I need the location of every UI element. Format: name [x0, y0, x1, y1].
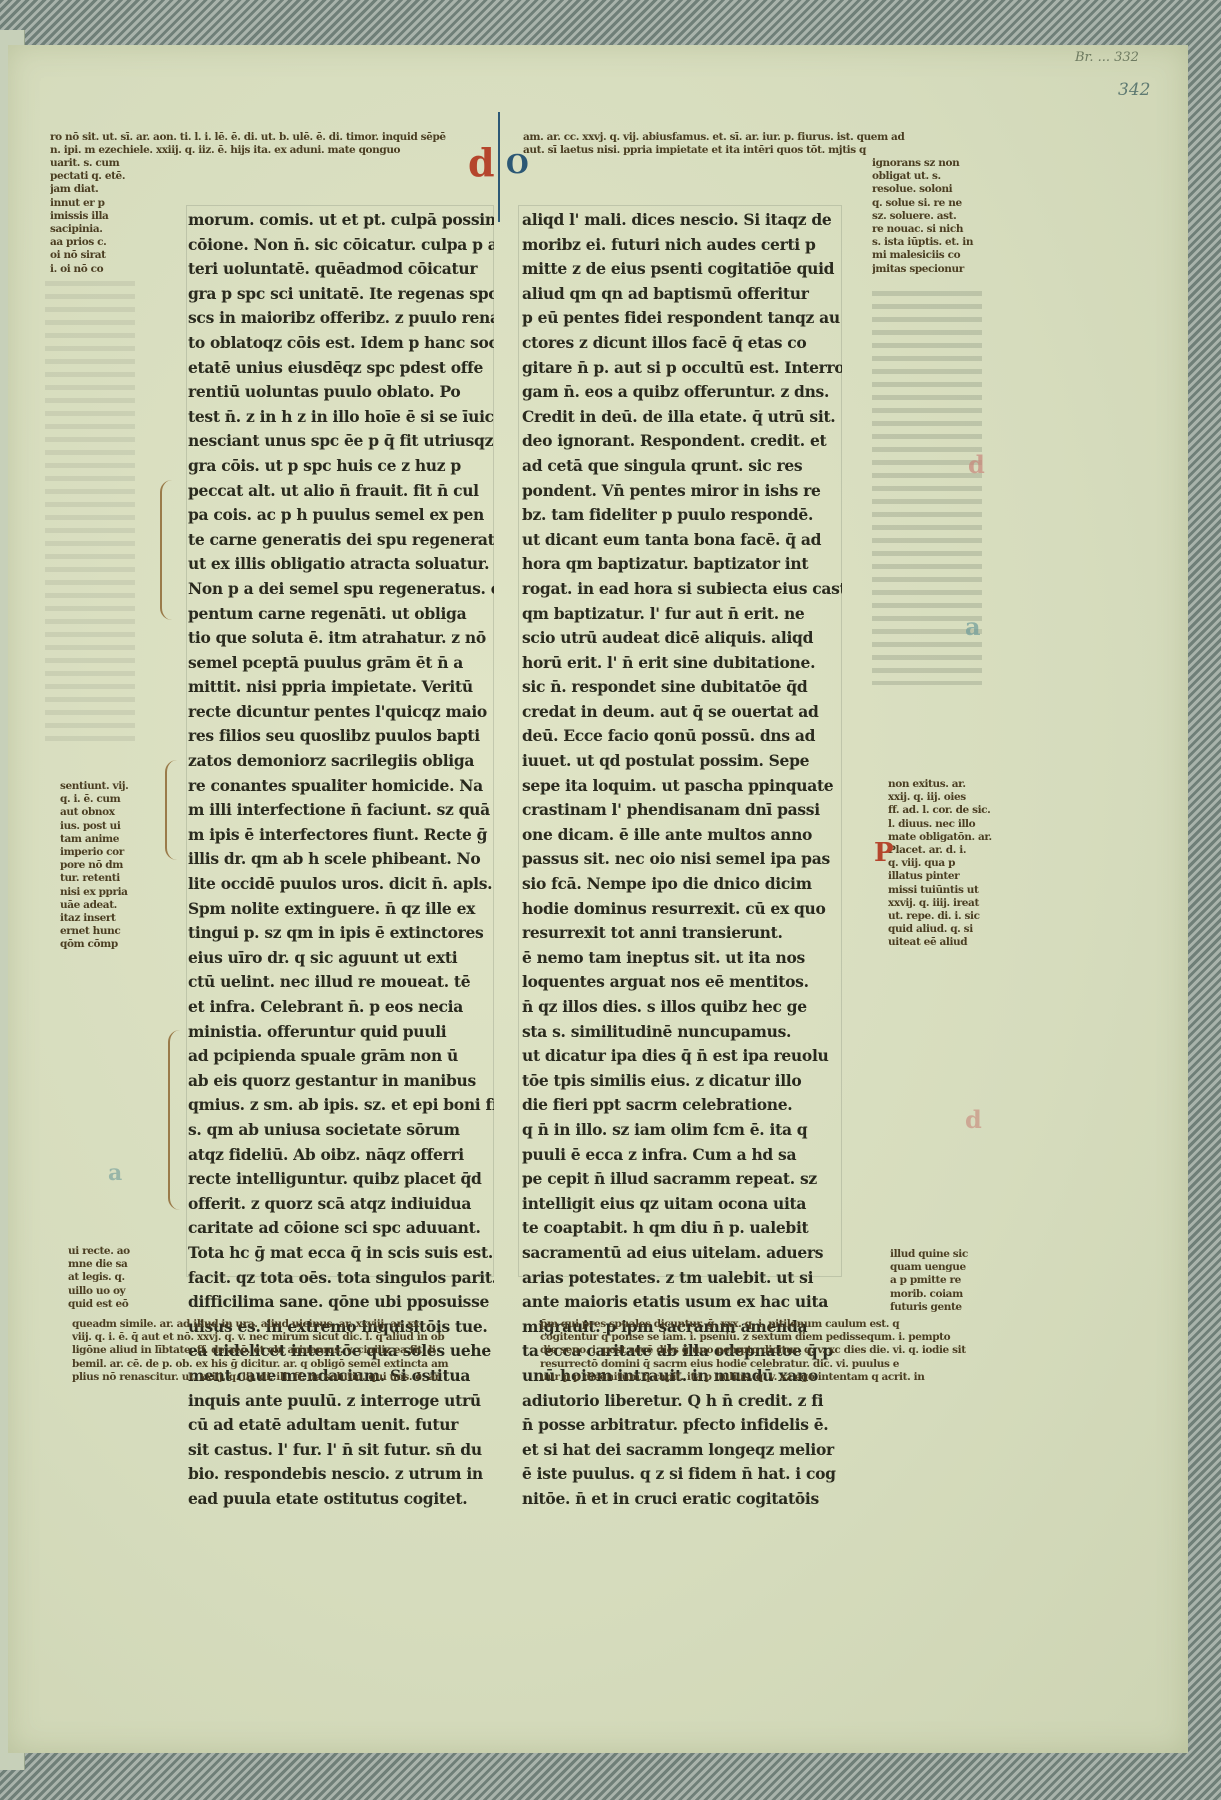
text-line: teri uoluntatē. quēadmod cōicatur [188, 257, 494, 282]
gloss-line: aut. sī laetus nisi. ppria impietate et … [523, 144, 983, 157]
gloss-line: obligat ut. s. [872, 170, 987, 183]
text-line: to oblatoqz cōis est. Idem p hanc soci [188, 331, 494, 356]
text-line: atqz fideliū. Ab oibz. nāqz offerri [188, 1143, 494, 1168]
text-line: ut dicant eum tanta bona facē. q̄ ad [522, 528, 842, 553]
text-column-b: aliqd l' mali. dices nescio. Si itaqz de… [522, 208, 842, 1511]
text-line: pondent. Vn̄ pentes miror in ishs re [522, 479, 842, 504]
text-line: tio que soluta ē. itm atrahatur. z nō [188, 626, 494, 651]
text-line: aliqd l' mali. dices nescio. Si itaqz de [522, 208, 842, 233]
text-line: sepe ita loquim. ut pascha ppinquate [522, 774, 842, 799]
text-line: credat in deum. aut q̄ se ouertat ad [522, 700, 842, 725]
gloss-line: am. ar. cc. xxvj. q. vij. abiusfamus. et… [523, 131, 983, 144]
text-line: rentiū uoluntas puulo oblato. Po [188, 380, 494, 405]
text-line: ab eis quorz gestantur in manibus [188, 1069, 494, 1094]
text-line: aliud qm qn ad baptismū offeritur [522, 282, 842, 307]
gloss-line: a p pmitte re [890, 1274, 990, 1287]
text-line: m ipis ē interfectores fiunt. Recte ḡ [188, 823, 494, 848]
text-line: adiutorio liberetur. Q h n̄ credit. z fi [522, 1389, 842, 1414]
gloss-line: illatus pinter [888, 870, 998, 883]
folio-number: 342 [1118, 80, 1150, 100]
text-line: recte intelliguntur. quibz placet q̄d [188, 1167, 494, 1192]
gloss-line: mi malesiciis co [872, 249, 987, 262]
gloss-line: uāe adeat. [60, 899, 140, 912]
text-line: ctū uelint. nec illud re moueat. tē [188, 970, 494, 995]
gloss-line: ff. ad. l. cor. de sic. [888, 804, 998, 817]
text-line: gam n̄. eos a quibz offeruntur. z dns. [522, 380, 842, 405]
text-line: res filios seu quoslibz puulos bapti [188, 724, 494, 749]
text-line: qmius. z sm. ab ipis. sz. et epi boni fi… [188, 1093, 494, 1118]
gloss-line: xxvij. q. iiij. ireat [888, 897, 998, 910]
faint-blue-initial: a [108, 1160, 122, 1186]
text-line: p eū pentes fidei respondent tanqz au [522, 306, 842, 331]
gloss-line: quid est eō [68, 1298, 148, 1311]
text-line: facit. qz tota oēs. tota singulos parit. [188, 1266, 494, 1291]
left-gloss-middle: sentiunt. vij. q. i. ē. cum aut obnox iu… [60, 780, 140, 952]
gloss-line: quid aliud. q. si [888, 923, 998, 936]
text-line: cū ad etatē adultam uenit. futur [188, 1413, 494, 1438]
gloss-line: morib. coiam [890, 1288, 990, 1301]
text-line: q n̄ in illo. sz iam olim fcm ē. ita q [522, 1118, 842, 1143]
text-line: lite occidē puulos uros. dicit n̄. apls. [188, 872, 494, 897]
text-line: ctores z dicunt illos facē q̄ etas co [522, 331, 842, 356]
gloss-line: mne die sa [68, 1258, 148, 1271]
text-line: sio fcā. Nempe ipo die dnico dicim [522, 872, 842, 897]
text-line: Non p a dei semel spu regeneratus. ex [188, 577, 494, 602]
gloss-line: tam anime [60, 833, 140, 846]
gloss-line: q. i. ē. cum [60, 793, 140, 806]
text-line: ad pcipienda spuale grām non ū [188, 1044, 494, 1069]
text-line: one dicam. ē ille ante multos anno [522, 823, 842, 848]
text-line: illis dr. qm ab h scele phibeant. No [188, 847, 494, 872]
gloss-line: re nouac. si nich [872, 223, 987, 236]
pen-flourish-ornament [165, 760, 193, 860]
top-gloss-right: am. ar. cc. xxvj. q. vij. abiusfamus. et… [523, 131, 983, 157]
text-line: die fieri ppt sacrm celebratione. [522, 1093, 842, 1118]
text-line: m illi interfectione n̄ faciunt. sz quā [188, 798, 494, 823]
gloss-line: xxij. q. iij. oies [888, 791, 998, 804]
gloss-line: pore nō dm [60, 859, 140, 872]
text-line: test n̄. z in h z in illo hoīe ē si se ī… [188, 405, 494, 430]
top-gloss-left: ro nō sit. ut. sī. ar. aon. ti. l. i. lē… [50, 131, 470, 157]
text-line: te carne generatis dei spu regenerati. [188, 528, 494, 553]
text-line: et si hat dei sacramm longeqz melior [522, 1438, 842, 1463]
text-line: crastinam l' phendisanam dnī passi [522, 798, 842, 823]
text-line: arias potestates. z tm ualebit. ut si [522, 1266, 842, 1291]
text-line: deo ignorant. Respondent. credit. et [522, 429, 842, 454]
gloss-line: l. diuus. nec illo [888, 818, 998, 831]
gloss-line: pectati q. etē. [50, 170, 140, 183]
text-line: pe cepit n̄ illud sacramm repeat. sz [522, 1167, 842, 1192]
text-line: rogat. in ead hora si subiecta eius cast [522, 577, 842, 602]
text-line: ead puula etate ostitutus cogitet. [188, 1487, 494, 1512]
gloss-line: q. solue si. re ne [872, 197, 987, 210]
gloss-line: ignorans sz non [872, 157, 987, 170]
show-through-text [45, 275, 135, 745]
text-line: morum. comis. ut et pt. culpā possint hē… [188, 208, 494, 233]
gloss-line: jam diat. [50, 183, 140, 196]
text-line: nitōe. n̄ et in cruci eratic cogitatōis [522, 1487, 842, 1512]
text-line: re conantes spualiter homicide. Na [188, 774, 494, 799]
right-gloss-middle: non exitus. ar. xxij. q. iij. oies ff. a… [888, 778, 998, 950]
gloss-line: tur. retenti [60, 872, 140, 885]
text-line: horū erit. l' n̄ erit sine dubitatione. [522, 651, 842, 676]
text-line: deū. Ecce facio qonū possū. dns ad [522, 724, 842, 749]
text-line: s. qm ab uniusa societate sōrum [188, 1118, 494, 1143]
text-line: sic n̄. respondet sine dubitatōe q̄d [522, 675, 842, 700]
text-line: hodie dominus resurrexit. cū ex quo [522, 897, 842, 922]
text-line: eius uīro dr. q sic aguunt ut exti [188, 946, 494, 971]
text-line: mittit. nisi ppria impietate. Veritū [188, 675, 494, 700]
text-line: pentum carne regenāti. ut obliga [188, 602, 494, 627]
gloss-line: quam uengue [890, 1261, 990, 1274]
gloss-line: bemil. ar. cē. de p. ob. ex his ḡ dicitu… [72, 1358, 492, 1371]
text-line: n̄ qz illos dies. s illos quibz hec ge [522, 995, 842, 1020]
gloss-line: imperio cor [60, 846, 140, 859]
gloss-line: uillo uo oy [68, 1285, 148, 1298]
text-line: etatē unius eiusdēqz spc pdest offe [188, 356, 494, 381]
text-line: scio utrū audeat dicē aliquis. aliqd [522, 626, 842, 651]
gloss-line: Placet. ar. d. i. [888, 844, 998, 857]
text-line: gra p spc sci unitatē. Ite regenas spc [188, 282, 494, 307]
text-line: sta s. similitudinē nuncupamus. [522, 1020, 842, 1045]
gloss-line: missi tuiūntis ut [888, 884, 998, 897]
gloss-line: p̄m qui pres spuales dicuntur. ḡ. xxx. q… [540, 1318, 990, 1331]
text-line: intelligit eius qz uitam ocona uita [522, 1192, 842, 1217]
text-line: gra cōis. ut p spc huis ce z huz p [188, 454, 494, 479]
text-line: bio. respondebis nescio. z utrum in [188, 1462, 494, 1487]
right-gloss-top: ignorans sz non obligat ut. s. resolue. … [872, 157, 987, 276]
text-line: passus sit. nec oio nisi semel ipa pas [522, 847, 842, 872]
gloss-line: resolue. soloni [872, 183, 987, 196]
text-line: puuli ē ecca z infra. Cum a hd sa [522, 1143, 842, 1168]
bottom-gloss-right: p̄m qui pres spuales dicuntur. ḡ. xxx. q… [540, 1318, 990, 1384]
text-line: et infra. Celebrant n̄. p eos necia [188, 995, 494, 1020]
gloss-line: sentiunt. vij. [60, 780, 140, 793]
text-line: iuuet. ut qd postulat possim. Sepe [522, 749, 842, 774]
text-line: hora qm baptizatur. baptizator int [522, 552, 842, 577]
text-line: te coaptabit. h qm diu n̄ p. ualebit [522, 1216, 842, 1241]
text-line: ē iste puulus. q z si fidem n̄ hat. i co… [522, 1462, 842, 1487]
gloss-line: ut. repe. di. i. sic [888, 910, 998, 923]
text-line: ante maioris etatis usum ex hac uita [522, 1290, 842, 1315]
gloss-line: ligōne aliud in lībtate. ff. de aeō. et … [72, 1344, 492, 1357]
text-line: nesciant unus spc ēe p q̄ fit utriusqz [188, 429, 494, 454]
text-line: peccat alt. ut alio n̄ frauit. fit n̄ cu… [188, 479, 494, 504]
gloss-line: innut er p [50, 197, 140, 210]
text-line: ē nemo tam ineptus sit. ut ita nos [522, 946, 842, 971]
gloss-line: q. viij. qua p [888, 857, 998, 870]
gloss-line: oi nō sirat [50, 249, 140, 262]
text-line: ut ex illis obligatio atracta soluatur. [188, 552, 494, 577]
text-line: semel pceptā puulus grām ēt n̄ a [188, 651, 494, 676]
bottom-gloss-left: queadm simile. ar. ad illud in ura. aliu… [72, 1318, 492, 1384]
gloss-line: qōm cōmp [60, 938, 140, 951]
gloss-line: illud quine sic [890, 1248, 990, 1261]
gloss-line: futuris gente [890, 1301, 990, 1314]
left-gloss-top: uarit. s. cum pectati q. etē. jam diat. … [50, 157, 140, 276]
text-line: bz. tam fideliter p puulo respondē. [522, 503, 842, 528]
text-line: tōe tpis similis eius. z dicatur illo [522, 1069, 842, 1094]
pen-flourish-ornament [160, 480, 188, 620]
gloss-line: ernet hunc [60, 925, 140, 938]
blue-initial-o: O [506, 150, 529, 180]
text-line: n̄ posse arbitratur. pfecto infidelis ē. [522, 1413, 842, 1438]
gloss-line: ius. post ui [60, 820, 140, 833]
text-line: scs in maioribz offeribz. z puulo rena [188, 306, 494, 331]
pen-flourish-ornament [168, 1030, 196, 1210]
red-initial-d: d [468, 140, 495, 185]
text-line: moribz ei. futuri nich audes certi p [522, 233, 842, 258]
gloss-line: uur p p dieēnitum q̄ capit. ita p uulius… [540, 1371, 990, 1384]
gloss-line: aa prios c. [50, 236, 140, 249]
gloss-line: resurrectō domini q̄ sacrm eius hodie ce… [540, 1358, 990, 1371]
gloss-line: sacipinia. [50, 223, 140, 236]
text-line: sacramentū ad eius uitelam. aduers [522, 1241, 842, 1266]
gloss-line: itaz insert [60, 912, 140, 925]
text-line: loquentes arguat nos eē mentitos. [522, 970, 842, 995]
text-line: inquis ante puulū. z interroge utrū [188, 1389, 494, 1414]
text-line: Spm nolite extinguere. n̄ qz ille ex [188, 897, 494, 922]
gloss-line: at legis. q. [68, 1271, 148, 1284]
text-line: resurrexit tot anni transierunt. [522, 921, 842, 946]
gloss-line: mate obligatōn. ar. [888, 831, 998, 844]
gloss-line: plius nō renascitur. ut. xxiij. q. iij. … [72, 1371, 492, 1384]
gloss-line: uarit. s. cum [50, 157, 140, 170]
text-line: mitte z de eius psenti cogitatiōe quid [522, 257, 842, 282]
text-line: offerit. z quorz scā atqz indiuidua [188, 1192, 494, 1217]
gloss-line: n. ipi. m ezechiele. xxiij. q. iiz. ē. h… [50, 144, 470, 157]
gloss-line: nisi ex ppria [60, 886, 140, 899]
text-line: recte dicuntur pentes l'quicqz maio [188, 700, 494, 725]
right-gloss-lower: illud quine sic quam uengue a p pmitte r… [890, 1248, 990, 1314]
faint-blue-initial: a [965, 612, 981, 641]
text-line: ut dicatur ipa dies q̄ n̄ est ipa reuolu [522, 1044, 842, 1069]
gloss-line: ui recte. ao [68, 1245, 148, 1258]
gloss-line: non exitus. ar. [888, 778, 998, 791]
red-initial-p: P [874, 838, 894, 868]
text-line: cōione. Non n̄. sic cōicatur. culpa p al [188, 233, 494, 258]
gloss-line: imissis illa [50, 210, 140, 223]
text-line: tingui p. sz qm in ipis ē extinctores [188, 921, 494, 946]
initial-pen-flourish [498, 112, 500, 222]
shelfmark-pencil-note: Br. ... 332 [1075, 50, 1139, 65]
text-line: difficilima sane. qōne ubi pposuisse [188, 1290, 494, 1315]
gloss-line: queadm simile. ar. ad illud in ura. aliu… [72, 1318, 492, 1331]
text-line: sit castus. l' fur. l' n̄ sit futur. sn̄… [188, 1438, 494, 1463]
text-line: Credit in deū. de illa etate. q̄ utrū si… [522, 405, 842, 430]
gloss-line: viij. q. i. ē. q̄ aut et nō. xxvj. q. v.… [72, 1331, 492, 1344]
gloss-line: aut obnox [60, 806, 140, 819]
gloss-line: die seno. i. post secē dies ḡ uno pempto… [540, 1344, 990, 1357]
text-line: qm baptizatur. l' fur aut n̄ erit. ne [522, 602, 842, 627]
faint-red-initial: d [968, 450, 985, 479]
gloss-line: jmitas specionur [872, 263, 987, 276]
text-line: gitare n̄ p. aut si p occultū est. Inter… [522, 356, 842, 381]
gloss-line: uiteat eē aliud [888, 936, 998, 949]
faint-red-initial: d [965, 1105, 982, 1134]
text-line: caritate ad cōione sci spc aduuant. [188, 1216, 494, 1241]
gloss-line: s. ista iūptis. et. in [872, 236, 987, 249]
gloss-line: cogitentur q̄ ponse se iam. i. pseniū. z… [540, 1331, 990, 1344]
left-gloss-lower: ui recte. ao mne die sa at legis. q. uil… [68, 1245, 148, 1311]
text-column-a: morum. comis. ut et pt. culpā possint hē… [188, 208, 494, 1511]
gloss-line: sz. soluere. ast. [872, 210, 987, 223]
text-line: Tota hc ḡ mat ecca q̄ in scis suis est. [188, 1241, 494, 1266]
text-line: pa cois. ac p h puulus semel ex pen [188, 503, 494, 528]
gloss-line: i. oi nō co [50, 263, 140, 276]
text-line: ad cetā que singula qrunt. sic res [522, 454, 842, 479]
text-line: ministia. offeruntur quid puuli [188, 1020, 494, 1045]
gloss-line: ro nō sit. ut. sī. ar. aon. ti. l. i. lē… [50, 131, 470, 144]
text-line: zatos demoniorz sacrilegiis obliga [188, 749, 494, 774]
